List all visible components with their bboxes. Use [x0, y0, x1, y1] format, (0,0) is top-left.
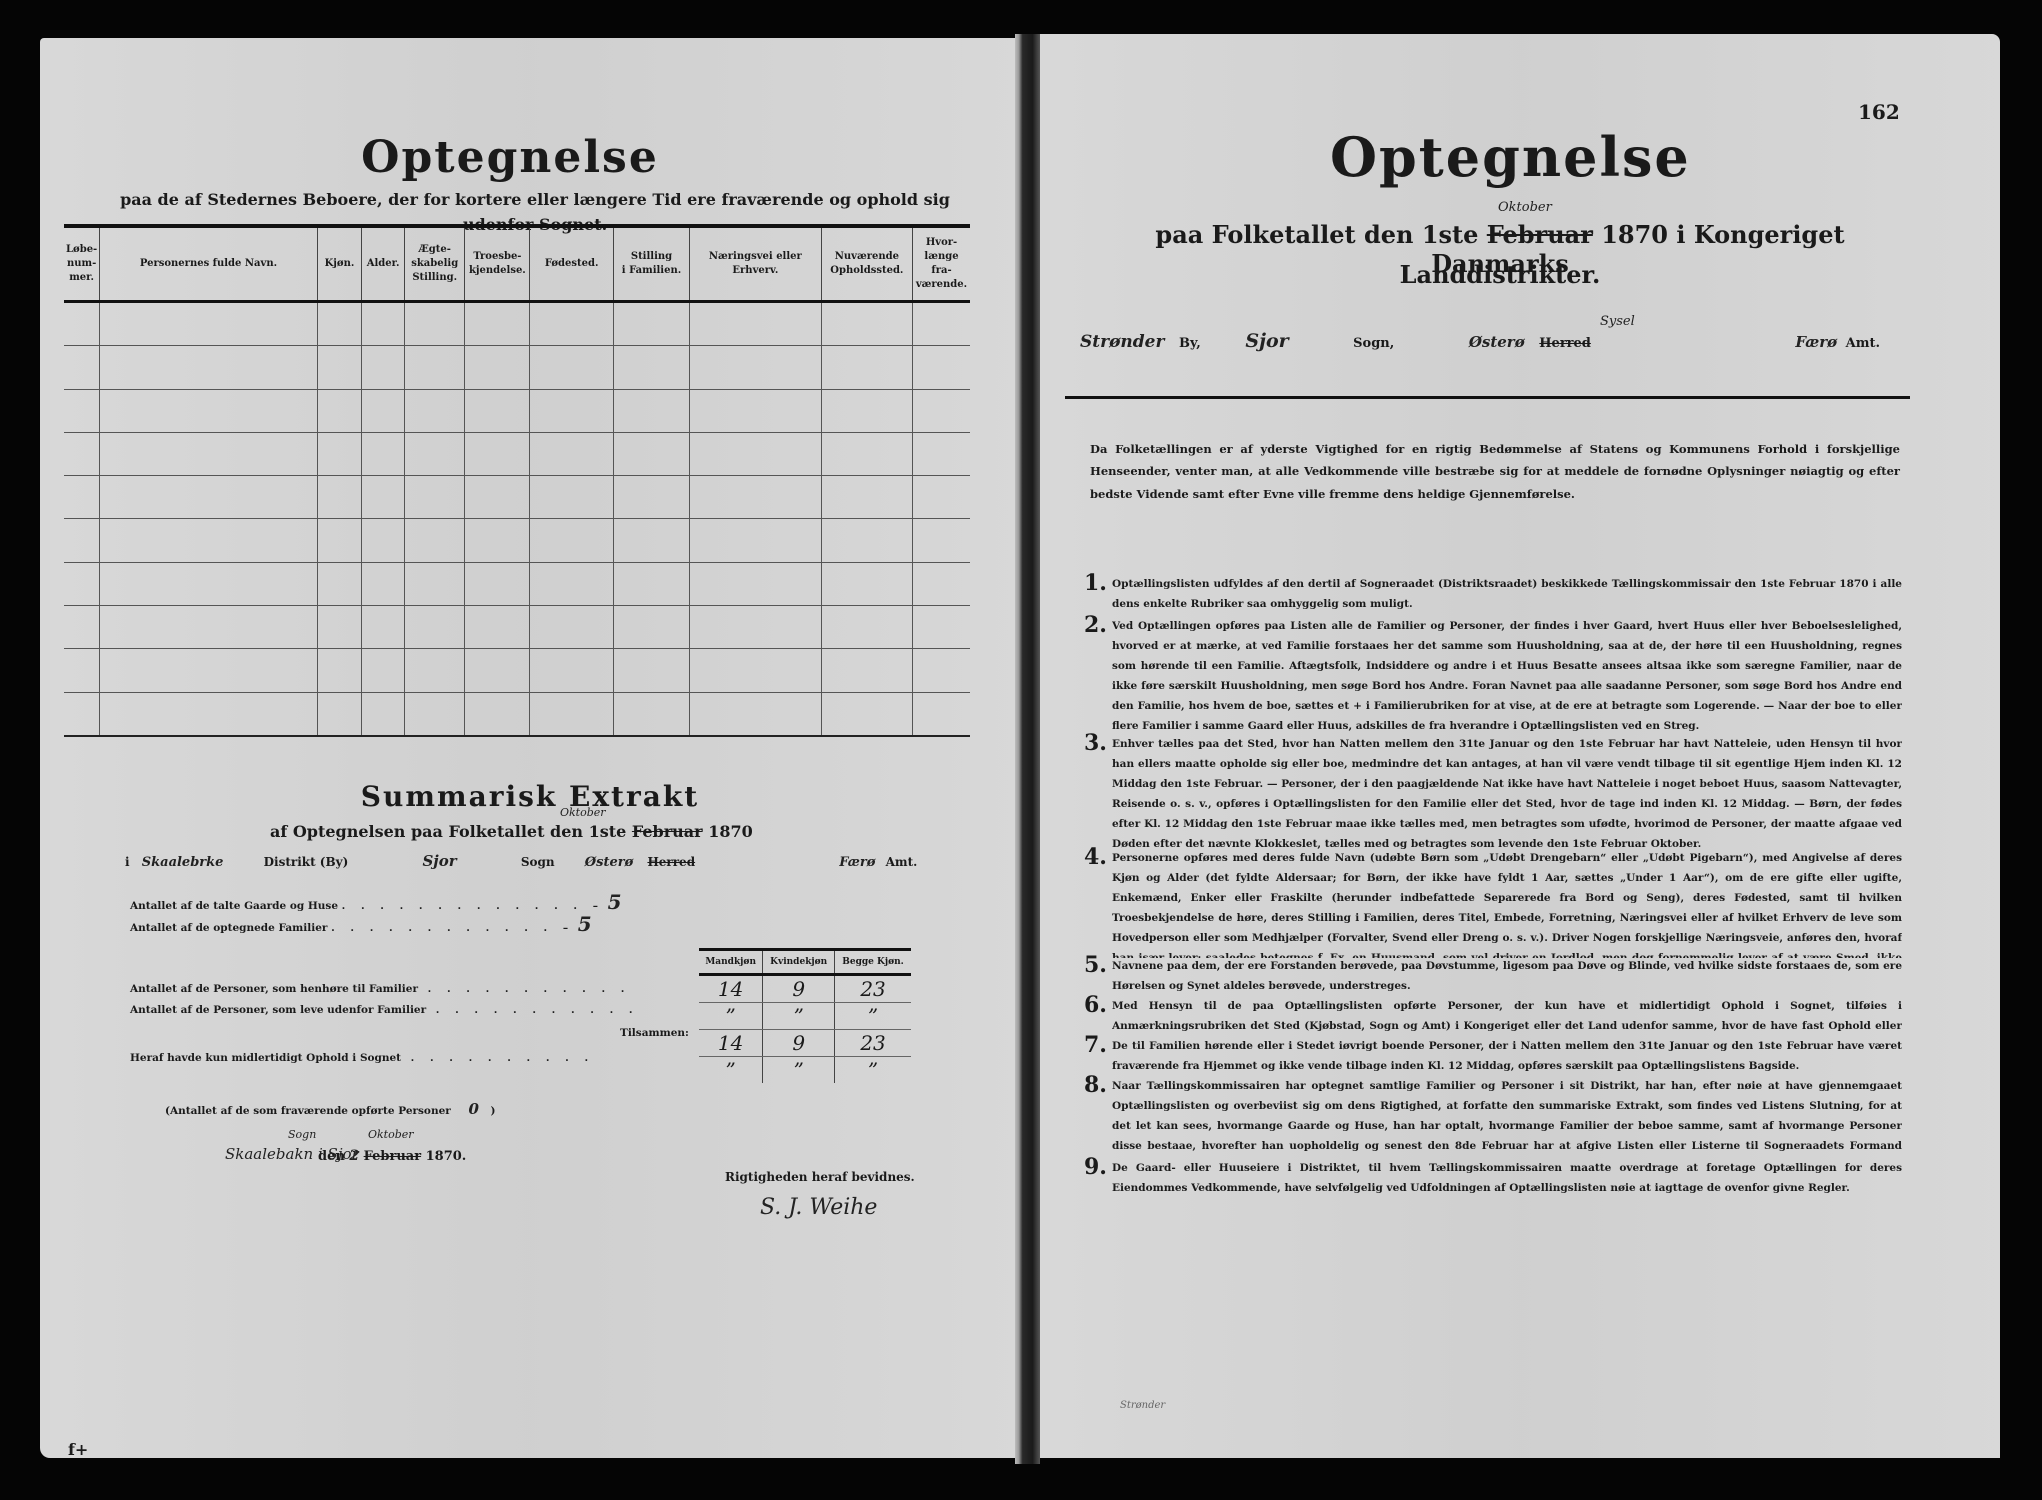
instruction-text: Navnene paa dem, der ere Forstanden berø…	[1112, 956, 1902, 996]
table-cell	[530, 476, 614, 519]
summary-subtitle-prefix: af Optegnelsen paa Folketallet den 1ste	[270, 822, 626, 841]
table-cell	[913, 476, 971, 519]
table-cell	[317, 476, 361, 519]
table-cell	[64, 476, 100, 519]
count-cell: ”	[763, 1057, 835, 1084]
table-cell	[465, 302, 530, 346]
summary-subtitle: af Optegnelsen paa Folketallet den 1ste …	[270, 822, 790, 841]
column-header: Alder.	[362, 226, 405, 302]
instruction-number: 9.	[1084, 1154, 1107, 1180]
table-row	[64, 389, 970, 432]
count-row-in-families: 14 9 23	[699, 975, 911, 1003]
intro-text: Da Folketællingen er af yderste Vigtighe…	[1090, 442, 1900, 501]
date-day: 2	[349, 1148, 359, 1164]
instruction-text: Ved Optællingen opføres paa Listen alle …	[1112, 616, 1902, 734]
sogn-label: Sogn,	[1353, 336, 1394, 351]
summary-month-written: Oktober	[560, 806, 606, 819]
absent-close: )	[491, 1105, 496, 1117]
table-cell	[404, 432, 465, 475]
district-label: Distrikt (By)	[264, 855, 349, 869]
table-cell	[913, 649, 971, 692]
instruction-number: 5.	[1084, 952, 1107, 978]
table-cell	[913, 606, 971, 649]
table-cell	[100, 476, 318, 519]
table-cell	[614, 606, 690, 649]
summary-year: 1870	[708, 822, 753, 841]
by-label: By,	[1179, 336, 1201, 351]
table-cell	[64, 606, 100, 649]
table-cell	[404, 562, 465, 605]
right-herred-correction: Sysel	[1600, 314, 1635, 329]
table-cell	[614, 519, 690, 562]
instruction-number: 2.	[1084, 612, 1107, 638]
right-month-written: Oktober	[1498, 200, 1552, 215]
table-cell	[64, 302, 100, 346]
table-header-row: Løbe- num- mer.Personernes fulde Navn.Kj…	[64, 226, 970, 302]
right-page-subtitle-line2: Landdistrikter.	[1090, 260, 1910, 289]
col-male: Mandkjøn	[699, 950, 763, 975]
column-header: Personernes fulde Navn.	[100, 226, 318, 302]
book-spine	[1015, 34, 1040, 1464]
table-cell	[821, 606, 912, 649]
table-cell	[100, 606, 318, 649]
date-month-struck: Februar	[364, 1149, 421, 1164]
table-cell	[614, 346, 690, 389]
table-cell	[614, 389, 690, 432]
table-cell	[465, 649, 530, 692]
table-cell	[821, 476, 912, 519]
table-cell	[821, 432, 912, 475]
table-cell	[404, 649, 465, 692]
divider-rule	[1065, 396, 1910, 399]
table-cell	[530, 692, 614, 736]
table-cell	[913, 389, 971, 432]
table-cell	[100, 519, 318, 562]
table-cell	[404, 476, 465, 519]
instruction-number: 4.	[1084, 844, 1107, 870]
families-label: Antallet af de optegnede Familier	[130, 922, 327, 934]
table-cell	[317, 302, 361, 346]
date-month-written: Oktober	[368, 1128, 414, 1141]
column-header: Næringsvei eller Erhverv.	[690, 226, 822, 302]
count-cell: 14	[699, 975, 763, 1003]
table-cell	[690, 562, 822, 605]
date-year: 1870.	[426, 1149, 467, 1164]
instruction-text: Med Hensyn til de paa Optællingslisten o…	[1112, 996, 1902, 1038]
summary-location-line: i Skaalebrke Distrikt (By) Sjor Sogn Øst…	[125, 852, 985, 870]
column-header: Stilling i Familien.	[614, 226, 690, 302]
table-cell	[821, 519, 912, 562]
table-cell	[821, 692, 912, 736]
table-cell	[913, 346, 971, 389]
table-cell	[362, 692, 405, 736]
instruction-text: De Gaard- eller Huuseiere i Distriktet, …	[1112, 1158, 1902, 1198]
right-month-struck: Februar	[1487, 220, 1593, 249]
left-page-subtitle: paa de af Stedernes Beboere, der for kor…	[110, 190, 960, 209]
population-counts-table: Mandkjøn Kvindekjøn Begge Kjøn. 14 9 23 …	[699, 948, 911, 1083]
families-value: 5	[578, 912, 592, 936]
col-both: Begge Kjøn.	[835, 950, 911, 975]
table-row	[64, 649, 970, 692]
table-cell	[614, 302, 690, 346]
row-label-outside-families: Antallet af de Personer, som leve udenfo…	[130, 1004, 639, 1016]
table-cell	[465, 692, 530, 736]
table-cell	[465, 562, 530, 605]
table-cell	[362, 389, 405, 432]
row-label: Antallet af de Personer, som henhøre til…	[130, 983, 418, 995]
instruction-text: De til Familien hørende eller i Stedet i…	[1112, 1036, 1902, 1076]
table-cell	[362, 649, 405, 692]
row-label-total: Tilsammen:	[620, 1027, 689, 1039]
table-cell	[317, 389, 361, 432]
count-cell: 14	[699, 1030, 763, 1057]
table-cell	[404, 389, 465, 432]
table-cell	[913, 562, 971, 605]
place-date-above: Sogn	[288, 1128, 316, 1141]
houses-row: Antallet af de talte Gaarde og Huse . . …	[130, 890, 622, 914]
right-location-line: Strønder By, Sjor Sogn, Østerø Herred Fæ…	[1080, 330, 1900, 352]
table-cell	[64, 389, 100, 432]
table-cell	[821, 562, 912, 605]
table-row	[64, 346, 970, 389]
table-cell	[64, 562, 100, 605]
right-amt-label: Amt.	[1846, 336, 1880, 351]
absent-count-line: (Antallet af de som fraværende opførte P…	[165, 1100, 496, 1118]
right-place-written: Sjor	[1245, 330, 1288, 352]
table-cell	[465, 519, 530, 562]
signing-date: den 2 Februar 1870.	[318, 1148, 466, 1164]
herred-written: Østerø	[585, 855, 633, 870]
table-cell	[64, 649, 100, 692]
absent-label: (Antallet af de som fraværende opførte P…	[165, 1105, 451, 1117]
table-cell	[64, 692, 100, 736]
amt-written: Færø	[839, 855, 875, 870]
instruction-text: Naar Tællingskommissairen har optegnet s…	[1112, 1076, 1902, 1160]
table-cell	[64, 519, 100, 562]
loc-prefix: i	[125, 855, 130, 869]
table-cell	[100, 432, 318, 475]
table-cell	[100, 562, 318, 605]
table-cell	[690, 302, 822, 346]
table-cell	[530, 432, 614, 475]
table-cell	[100, 346, 318, 389]
table-cell	[614, 432, 690, 475]
table-cell	[317, 692, 361, 736]
houses-value: 5	[608, 890, 622, 914]
table-cell	[614, 562, 690, 605]
table-cell	[913, 432, 971, 475]
table-cell	[465, 389, 530, 432]
table-cell	[821, 649, 912, 692]
table-cell	[465, 606, 530, 649]
intro-paragraph: Da Folketællingen er af yderste Vigtighe…	[1090, 438, 1900, 505]
table-row	[64, 606, 970, 649]
table-cell	[690, 346, 822, 389]
table-cell	[690, 606, 822, 649]
table-cell	[821, 346, 912, 389]
count-cell: ”	[835, 1003, 911, 1030]
count-cell: ”	[699, 1003, 763, 1030]
table-cell	[404, 519, 465, 562]
table-cell	[690, 476, 822, 519]
table-cell	[530, 389, 614, 432]
district-written: Skaalebrke	[142, 855, 224, 870]
parish-label: Sogn	[521, 855, 555, 869]
table-row	[64, 302, 970, 346]
table-cell	[362, 302, 405, 346]
table-cell	[317, 562, 361, 605]
table-cell	[465, 432, 530, 475]
count-cell: 23	[835, 975, 911, 1003]
summary-title: Summarisk Extrakt	[330, 780, 730, 813]
column-header: Troesbe- kjendelse.	[465, 226, 530, 302]
table-row	[64, 432, 970, 475]
instruction-number: 1.	[1084, 570, 1107, 596]
table-cell	[530, 606, 614, 649]
table-cell	[317, 432, 361, 475]
table-cell	[530, 346, 614, 389]
count-cell: 9	[763, 975, 835, 1003]
table-cell	[530, 649, 614, 692]
table-cell	[362, 519, 405, 562]
table-cell	[913, 692, 971, 736]
table-cell	[614, 476, 690, 519]
table-cell	[690, 649, 822, 692]
table-cell	[614, 692, 690, 736]
instruction-text: Personerne opføres med deres fulde Navn …	[1112, 848, 1902, 958]
table-cell	[100, 692, 318, 736]
table-cell	[465, 346, 530, 389]
column-header: Fødested.	[530, 226, 614, 302]
table-row	[64, 519, 970, 562]
table-cell	[404, 692, 465, 736]
right-herred-written: Østerø	[1469, 333, 1525, 351]
instruction-number: 6.	[1084, 992, 1107, 1018]
table-cell	[913, 302, 971, 346]
table-cell	[317, 606, 361, 649]
instruction-text: Optællingslisten udfyldes af den dertil …	[1112, 574, 1902, 614]
table-cell	[913, 519, 971, 562]
right-page-title: Optegnelse	[1330, 125, 1690, 189]
left-page-title: Optegnelse	[300, 132, 720, 183]
instruction-number: 8.	[1084, 1072, 1107, 1098]
table-cell	[690, 432, 822, 475]
table-cell	[100, 302, 318, 346]
table-cell	[100, 649, 318, 692]
table-cell	[317, 519, 361, 562]
table-cell	[64, 346, 100, 389]
column-header: Kjøn.	[317, 226, 361, 302]
count-cell: 9	[763, 1030, 835, 1057]
row-label-in-families: Antallet af de Personer, som henhøre til…	[130, 983, 630, 995]
instruction-number: 7.	[1084, 1032, 1107, 1058]
table-cell	[821, 389, 912, 432]
table-cell	[404, 346, 465, 389]
right-district-written: Strønder	[1080, 332, 1164, 352]
column-header: Ægte- skabelig Stilling.	[404, 226, 465, 302]
table-cell	[100, 389, 318, 432]
right-herred-struck: Herred	[1539, 336, 1591, 351]
table-cell	[530, 519, 614, 562]
date-den: den	[318, 1149, 345, 1164]
place-written: Sjor	[422, 852, 456, 870]
amt-label: Amt.	[886, 855, 918, 869]
bottom-note: Strønder	[1120, 1400, 1165, 1411]
table-cell	[690, 389, 822, 432]
table-row	[64, 692, 970, 736]
table-cell	[362, 346, 405, 389]
count-cell: ”	[835, 1057, 911, 1084]
count-row-temporary: ” ” ”	[699, 1057, 911, 1084]
table-cell	[362, 606, 405, 649]
table-cell	[821, 302, 912, 346]
table-cell	[317, 649, 361, 692]
certification-text: Rigtigheden heraf bevidnes.	[725, 1170, 915, 1184]
page-number: 162	[1858, 100, 1900, 124]
column-header: Nuværende Opholdssted.	[821, 226, 912, 302]
count-row-total: 14 9 23	[699, 1030, 911, 1057]
row-label: Heraf havde kun midlertidigt Ophold i So…	[130, 1052, 401, 1064]
count-row-outside-families: ” ” ”	[699, 1003, 911, 1030]
table-row	[64, 476, 970, 519]
table-cell	[317, 346, 361, 389]
table-cell	[614, 649, 690, 692]
absent-value: 0	[468, 1100, 478, 1118]
column-header: Hvor- længe fra- værende.	[913, 226, 971, 302]
table-cell	[530, 562, 614, 605]
houses-label: Antallet af de talte Gaarde og Huse	[130, 900, 338, 912]
table-cell	[404, 606, 465, 649]
herred-struck: Herred	[647, 855, 695, 869]
row-label: Antallet af de Personer, som leve udenfo…	[130, 1004, 426, 1016]
margin-mark: f+	[68, 1440, 88, 1459]
right-subtitle-prefix: paa Folketallet den 1ste	[1155, 220, 1478, 249]
signature: S. J. Weihe	[760, 1195, 877, 1220]
count-cell: 23	[835, 1030, 911, 1057]
instruction-number: 3.	[1084, 730, 1107, 756]
summary-month-struck: Februar	[632, 822, 703, 841]
table-cell	[690, 692, 822, 736]
col-female: Kvindekjøn	[763, 950, 835, 975]
count-cell: ”	[699, 1057, 763, 1084]
table-cell	[465, 476, 530, 519]
table-cell	[690, 519, 822, 562]
table-cell	[362, 476, 405, 519]
table-cell	[530, 302, 614, 346]
column-header: Løbe- num- mer.	[64, 226, 100, 302]
table-cell	[404, 302, 465, 346]
table-row	[64, 562, 970, 605]
right-amt-written: Færø	[1795, 333, 1837, 351]
table-cell	[362, 562, 405, 605]
table-cell	[362, 432, 405, 475]
row-label-temporary: Heraf havde kun midlertidigt Ophold i So…	[130, 1052, 594, 1064]
absent-persons-table: Løbe- num- mer.Personernes fulde Navn.Kj…	[64, 224, 970, 737]
count-cell: ”	[763, 1003, 835, 1030]
families-row: Antallet af de optegnede Familier . . . …	[130, 912, 592, 936]
table-cell	[64, 432, 100, 475]
instruction-text: Enhver tælles paa det Sted, hvor han Nat…	[1112, 734, 1902, 850]
